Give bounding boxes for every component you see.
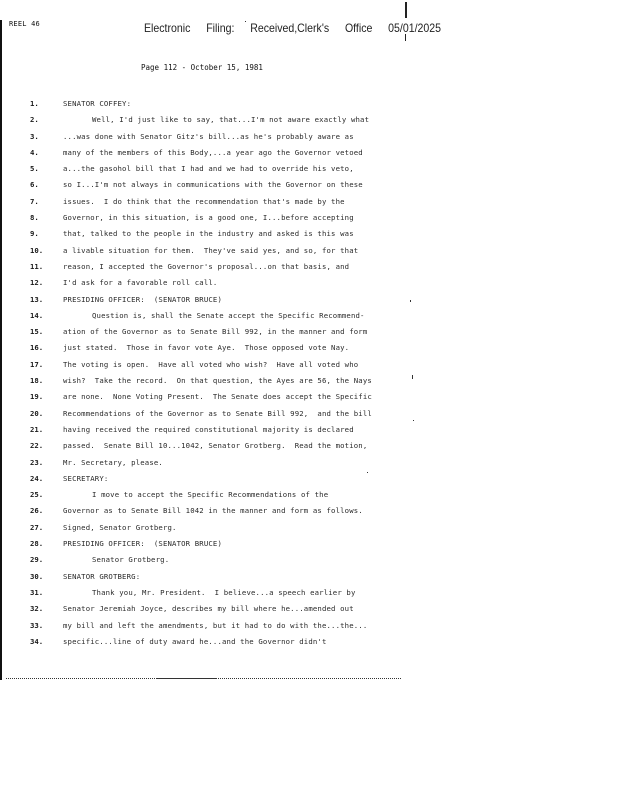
- line-number: 21.: [30, 422, 50, 438]
- line-text: I'd ask for a favorable roll call.: [63, 275, 217, 291]
- transcript-line: 20.Recommendations of the Governor as to…: [0, 406, 420, 422]
- line-text: that, talked to the people in the indust…: [63, 226, 354, 242]
- transcript-line: 34.specific...line of duty award he...an…: [0, 634, 420, 650]
- line-text: The voting is open. Have all voted who w…: [63, 357, 358, 373]
- line-text: ation of the Governor as to Senate Bill …: [63, 324, 367, 340]
- line-number: 17.: [30, 357, 50, 373]
- transcript-line: 16.just stated. Those in favor vote Aye.…: [0, 340, 420, 356]
- transcript-line: 9.that, talked to the people in the indu…: [0, 226, 420, 242]
- line-text: wish? Take the record. On that question,…: [63, 373, 372, 389]
- transcript-line: 27.Signed, Senator Grotberg.: [0, 520, 420, 536]
- line-text: ...was done with Senator Gitz's bill...a…: [63, 129, 354, 145]
- line-number: 11.: [30, 259, 50, 275]
- line-text: Senator Grotberg.: [92, 552, 169, 568]
- line-text: Signed, Senator Grotberg.: [63, 520, 177, 536]
- transcript-line: 13.PRESIDING OFFICER: (SENATOR BRUCE): [0, 292, 420, 308]
- line-number: 13.: [30, 292, 50, 308]
- line-text: PRESIDING OFFICER: (SENATOR BRUCE): [63, 536, 222, 552]
- line-text: my bill and left the amendments, but it …: [63, 618, 367, 634]
- transcript-line: 5.a...the gasohol bill that I had and we…: [0, 161, 420, 177]
- page-header: Page 112 - October 15, 1981: [141, 63, 263, 72]
- line-number: 34.: [30, 634, 50, 650]
- line-number: 24.: [30, 471, 50, 487]
- line-text: reason, I accepted the Governor's propos…: [63, 259, 349, 275]
- line-number: 9.: [30, 226, 50, 242]
- line-number: 29.: [30, 552, 50, 568]
- line-number: 30.: [30, 569, 50, 585]
- line-number: 25.: [30, 487, 50, 503]
- line-number: 3.: [30, 129, 50, 145]
- line-text: SECRETARY:: [63, 471, 108, 487]
- transcript-line: 29.Senator Grotberg.: [0, 552, 420, 568]
- line-number: 14.: [30, 308, 50, 324]
- transcript-line: 28.PRESIDING OFFICER: (SENATOR BRUCE): [0, 536, 420, 552]
- line-text: Governor, in this situation, is a good o…: [63, 210, 354, 226]
- line-text: Mr. Secretary, please.: [63, 455, 163, 471]
- line-number: 12.: [30, 275, 50, 291]
- line-text: I move to accept the Specific Recommenda…: [92, 487, 328, 503]
- line-number: 5.: [30, 161, 50, 177]
- transcript-line: 11.reason, I accepted the Governor's pro…: [0, 259, 420, 275]
- transcript-line: 17.The voting is open. Have all voted wh…: [0, 357, 420, 373]
- line-text: so I...I'm not always in communications …: [63, 177, 363, 193]
- line-number: 33.: [30, 618, 50, 634]
- filing-stamp-date: 05/01/2025: [388, 21, 441, 35]
- line-text: passed. Senate Bill 10...1042, Senator G…: [63, 438, 367, 454]
- line-number: 22.: [30, 438, 50, 454]
- transcript-line: 18.wish? Take the record. On that questi…: [0, 373, 420, 389]
- transcript-line: 8.Governor, in this situation, is a good…: [0, 210, 420, 226]
- filing-stamp-electronic: Electronic: [144, 21, 190, 35]
- filing-stamp-received: Received,Clerk's: [250, 21, 329, 35]
- scan-speck: [410, 300, 411, 302]
- line-number: 26.: [30, 503, 50, 519]
- transcript-line: 19.are none. None Voting Present. The Se…: [0, 389, 420, 405]
- transcript-line: 21.having received the required constitu…: [0, 422, 420, 438]
- line-text: many of the members of this Body,...a ye…: [63, 145, 363, 161]
- page-bottom-rule-segment: [156, 678, 216, 679]
- transcript-line: 6.so I...I'm not always in communication…: [0, 177, 420, 193]
- transcript-line: 30.SENATOR GROTBERG:: [0, 569, 420, 585]
- line-text: PRESIDING OFFICER: (SENATOR BRUCE): [63, 292, 222, 308]
- transcript-line: 14.Question is, shall the Senate accept …: [0, 308, 420, 324]
- transcript-line: 12.I'd ask for a favorable roll call.: [0, 275, 420, 291]
- line-number: 20.: [30, 406, 50, 422]
- reel-number: REEL 46: [9, 20, 40, 28]
- scan-speck: [245, 21, 246, 22]
- transcript-body: 1.SENATOR COFFEY: 2.Well, I'd just like …: [0, 96, 420, 650]
- line-number: 32.: [30, 601, 50, 617]
- line-text: Well, I'd just like to say, that...I'm n…: [92, 112, 369, 128]
- transcript-line: 31.Thank you, Mr. President. I believe..…: [0, 585, 420, 601]
- transcript-line: 25.I move to accept the Specific Recomme…: [0, 487, 420, 503]
- line-number: 27.: [30, 520, 50, 536]
- line-number: 18.: [30, 373, 50, 389]
- transcript-line: 15.ation of the Governor as to Senate Bi…: [0, 324, 420, 340]
- stamp-mark: [405, 2, 407, 18]
- transcript-line: 22.passed. Senate Bill 10...1042, Senato…: [0, 438, 420, 454]
- filing-stamp: ElectronicFiling:Received,Clerk'sOffice0…: [144, 21, 441, 35]
- scan-speck: [413, 420, 414, 421]
- line-text: Governor as to Senate Bill 1042 in the m…: [63, 503, 363, 519]
- line-text: a...the gasohol bill that I had and we h…: [63, 161, 354, 177]
- line-number: 1.: [30, 96, 50, 112]
- line-number: 4.: [30, 145, 50, 161]
- line-text: having received the required constitutio…: [63, 422, 354, 438]
- line-number: 28.: [30, 536, 50, 552]
- scan-speck: [412, 375, 413, 379]
- line-text: Question is, shall the Senate accept the…: [92, 308, 365, 324]
- transcript-line: 24.SECRETARY:: [0, 471, 420, 487]
- transcript-line: 33.my bill and left the amendments, but …: [0, 618, 420, 634]
- line-number: 7.: [30, 194, 50, 210]
- transcript-line: 4.many of the members of this Body,...a …: [0, 145, 420, 161]
- line-number: 6.: [30, 177, 50, 193]
- line-number: 16.: [30, 340, 50, 356]
- line-number: 19.: [30, 389, 50, 405]
- line-text: just stated. Those in favor vote Aye. Th…: [63, 340, 349, 356]
- line-text: are none. None Voting Present. The Senat…: [63, 389, 372, 405]
- scan-speck: [367, 472, 368, 473]
- transcript-line: 32.Senator Jeremiah Joyce, describes my …: [0, 601, 420, 617]
- line-number: 15.: [30, 324, 50, 340]
- filing-stamp-filing: Filing:: [206, 21, 234, 35]
- transcript-line: 3....was done with Senator Gitz's bill..…: [0, 129, 420, 145]
- line-number: 23.: [30, 455, 50, 471]
- line-number: 8.: [30, 210, 50, 226]
- transcript-line: 10.a livable situation for them. They've…: [0, 243, 420, 259]
- line-text: specific...line of duty award he...and t…: [63, 634, 327, 650]
- line-text: SENATOR GROTBERG:: [63, 569, 140, 585]
- transcript-line: 23.Mr. Secretary, please.: [0, 455, 420, 471]
- line-number: 2.: [30, 112, 50, 128]
- line-text: SENATOR COFFEY:: [63, 96, 131, 112]
- transcript-line: 1.SENATOR COFFEY:: [0, 96, 420, 112]
- line-number: 31.: [30, 585, 50, 601]
- line-text: Thank you, Mr. President. I believe...a …: [92, 585, 356, 601]
- line-text: Recommendations of the Governor as to Se…: [63, 406, 372, 422]
- filing-stamp-office: Office: [345, 21, 372, 35]
- transcript-line: 2.Well, I'd just like to say, that...I'm…: [0, 112, 420, 128]
- line-text: Senator Jeremiah Joyce, describes my bil…: [63, 601, 354, 617]
- line-text: a livable situation for them. They've sa…: [63, 243, 358, 259]
- transcript-line: 7.issues. I do think that the recommenda…: [0, 194, 420, 210]
- stamp-mark: [405, 34, 406, 41]
- line-text: issues. I do think that the recommendati…: [63, 194, 345, 210]
- transcript-line: 26.Governor as to Senate Bill 1042 in th…: [0, 503, 420, 519]
- line-number: 10.: [30, 243, 50, 259]
